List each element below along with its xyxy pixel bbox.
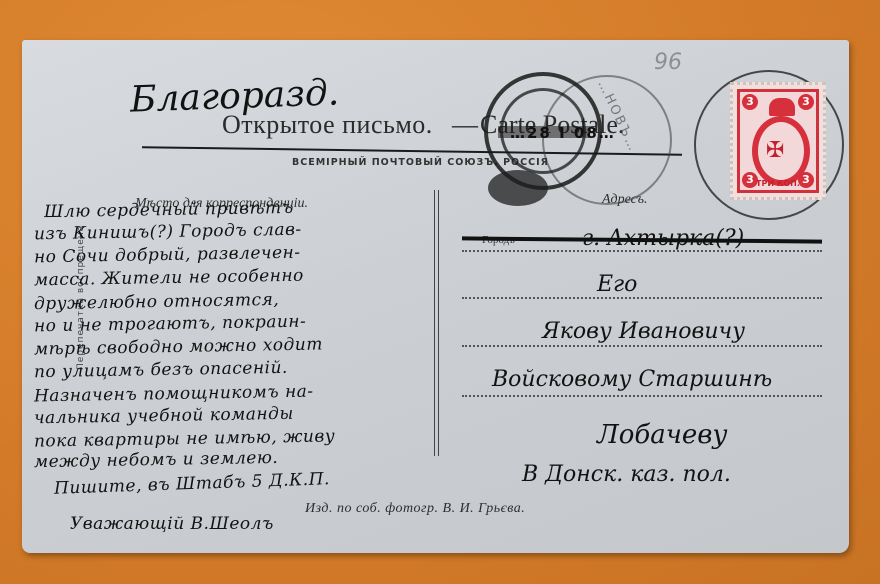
message-line: изъ Кинишъ(?) Городъ слав- bbox=[34, 220, 302, 245]
message-line: но и не трогаютъ, покраин- bbox=[34, 312, 307, 337]
postmark-date: …28 I 08… bbox=[510, 124, 616, 142]
handwritten-heading: Благоразд. bbox=[129, 72, 339, 120]
printed-title-separator: — bbox=[452, 110, 478, 140]
message-line: по улицамъ безъ опасенiй. bbox=[34, 358, 288, 382]
message-line: мѣрѣ свободно можно ходит bbox=[34, 334, 323, 359]
message-line: Назначенъ помощникомъ на- bbox=[34, 382, 314, 407]
message-line: но Сочи добрый, развлечен- bbox=[34, 243, 301, 268]
stamp-value-text: ТРИ КОП. bbox=[756, 179, 800, 188]
archive-number: 96 bbox=[654, 50, 682, 75]
message-line: пока квартиры не имѣю, живу bbox=[34, 426, 335, 451]
address-line: Его bbox=[597, 272, 637, 297]
message-line: масса. Жители не особенно bbox=[34, 266, 304, 291]
message-line: Шлю сердечный привѣтъ bbox=[44, 198, 294, 222]
address-line-2 bbox=[462, 297, 822, 299]
address-surname: Лобачеву bbox=[597, 420, 728, 450]
signature: Уважающiй В.Шеолъ bbox=[70, 514, 274, 534]
message-line: Пишите, въ Штабъ 5 Д.К.П. bbox=[54, 469, 330, 499]
denomination-top-left: 3 bbox=[742, 94, 758, 110]
address-line: Войсковому Старшинѣ bbox=[492, 367, 772, 392]
publisher-imprint: Изд. по соб. фотогр. В. И. Грьєва. bbox=[305, 501, 525, 517]
postcard: 96 Открытое письмо. — Carte Postale. ВСЕ… bbox=[22, 40, 849, 553]
address-line-3 bbox=[462, 345, 822, 347]
denomination-top-right: 3 bbox=[798, 94, 814, 110]
message-line: чальника учебной команды bbox=[34, 404, 294, 429]
denomination-bottom-right: 3 bbox=[798, 172, 814, 188]
postmark-ink-blot bbox=[488, 170, 548, 206]
address-line: В Донск. каз. пол. bbox=[522, 462, 731, 487]
message-line: дружелюбно относятся, bbox=[34, 290, 280, 314]
address-line-4 bbox=[462, 395, 822, 397]
double-headed-eagle-icon: ✠ bbox=[766, 138, 784, 163]
address-line: Якову Ивановичу bbox=[542, 319, 745, 344]
message-line: между небомъ и землею. bbox=[34, 448, 279, 472]
postage-stamp: ✠ 3 3 3 3 ТРИ КОП. bbox=[730, 82, 826, 200]
crown-icon bbox=[769, 98, 795, 116]
column-divider bbox=[434, 190, 439, 456]
